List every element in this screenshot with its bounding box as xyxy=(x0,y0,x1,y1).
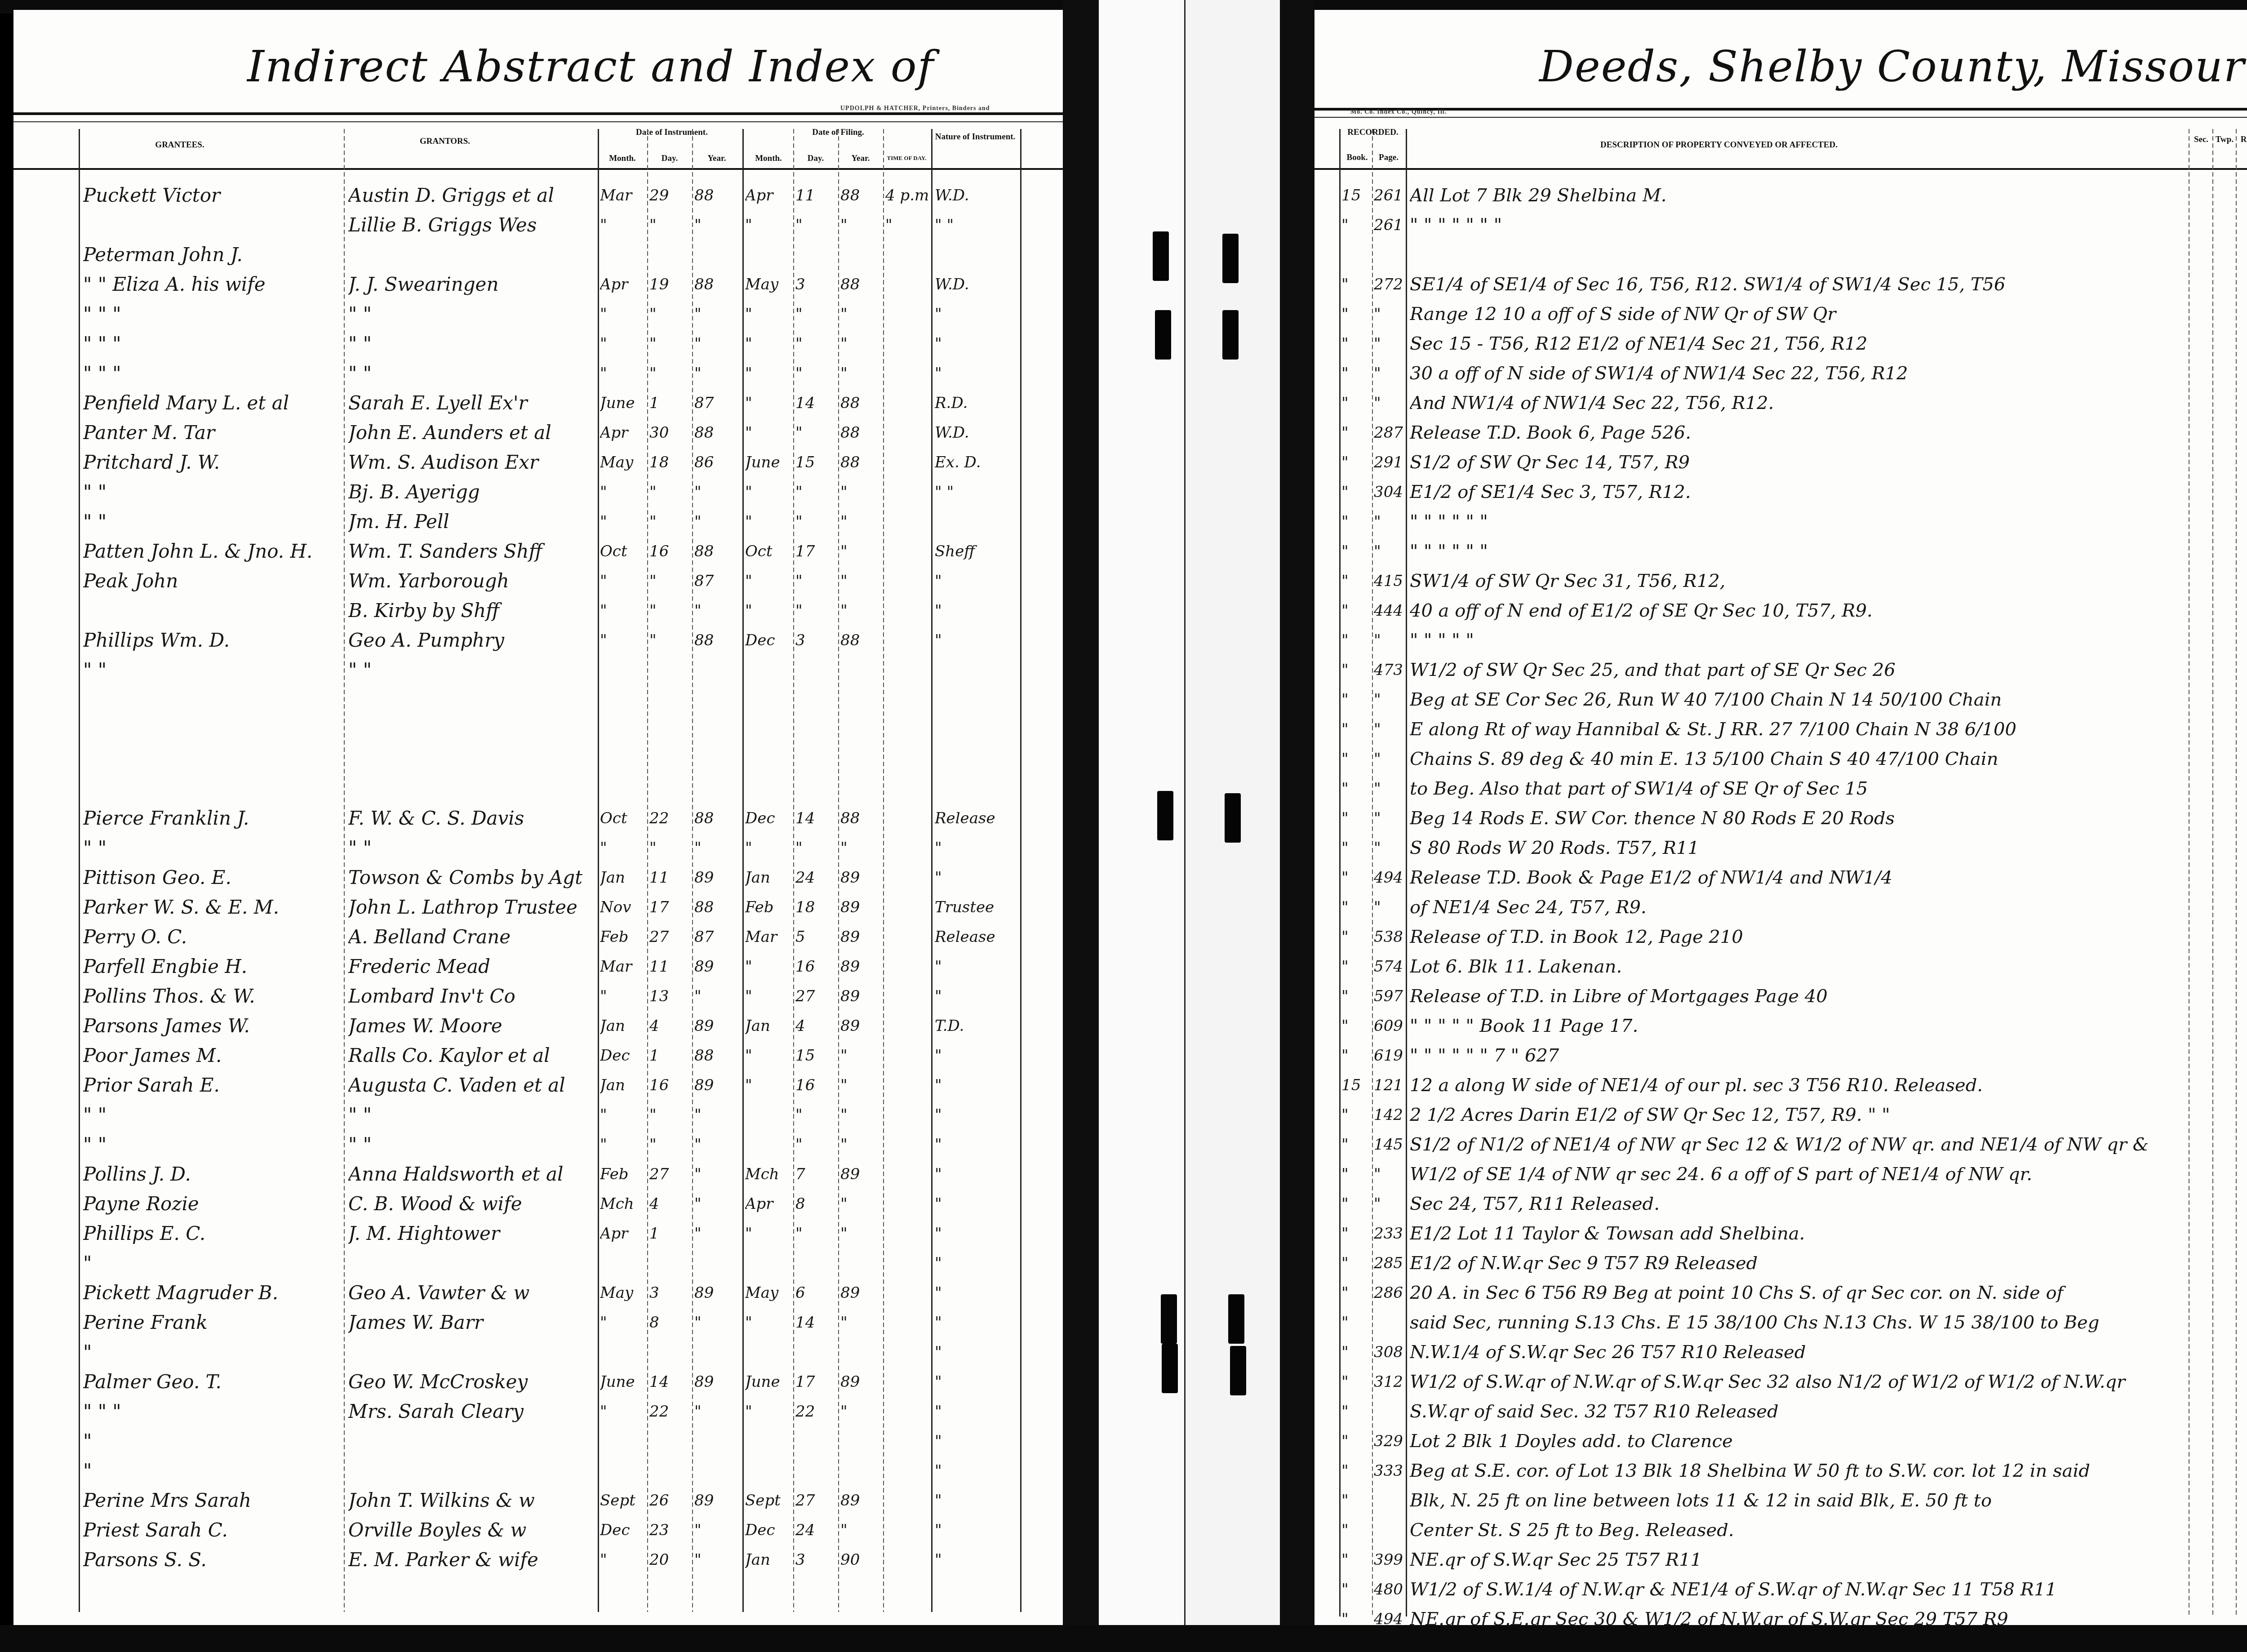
instrument-month-cell: May xyxy=(600,1278,647,1308)
grantees-header: GRANTEES. xyxy=(90,140,270,150)
instrument-day-cell: 18 xyxy=(649,448,691,477)
instrument-year-cell: " xyxy=(694,1219,739,1248)
nature-cell: W.D. xyxy=(935,418,1018,448)
table-row: ""30 a off of N side of SW1/4 of NW1/4 S… xyxy=(1314,359,2247,388)
filing-year-cell: " xyxy=(840,507,882,537)
filing-day-cell: 17 xyxy=(795,1367,837,1397)
table-row: "399NE.qr of S.W.qr Sec 25 T57 R11 xyxy=(1314,1545,2247,1575)
page-cell: 286 xyxy=(1374,1278,1405,1308)
book-cell: " xyxy=(1341,1575,1371,1604)
filing-day-cell: 5 xyxy=(795,922,837,952)
grantee-cell: Patten John L. & Jno. H. xyxy=(83,537,339,566)
instrument-day-cell: 30 xyxy=(649,418,691,448)
sec-header: Sec. xyxy=(2190,135,2212,145)
instrument-day-cell: 11 xyxy=(649,952,691,981)
filing-month-cell: Oct xyxy=(745,537,792,566)
instrument-month-cell: May xyxy=(600,448,647,477)
table-row: "538Release of T.D. in Book 12, Page 210 xyxy=(1314,922,2247,952)
filing-year-cell: " xyxy=(840,537,882,566)
filing-month-cell: Dec xyxy=(745,804,792,833)
filing-day-cell: 6 xyxy=(795,1278,837,1308)
grantee-cell: " " xyxy=(83,1100,339,1130)
binding-slot xyxy=(1161,1294,1177,1344)
filing-year-cell: " xyxy=(840,566,882,596)
page-cell: 494 xyxy=(1374,863,1405,893)
description-cell: E1/2 of SE1/4 Sec 3, T57, R12. xyxy=(1410,477,2187,507)
grantee-cell: Pollins Thos. & W. xyxy=(83,981,339,1011)
table-row: "" xyxy=(13,1248,1063,1278)
printer-imprint: UPDOLPH & HATCHER, Printers, Binders and xyxy=(840,105,990,112)
page-cell: 329 xyxy=(1374,1426,1405,1456)
table-row: Parker W. S. & E. M.John L. Lathrop Trus… xyxy=(13,893,1063,922)
filing-month-cell: " xyxy=(745,596,792,626)
grantee-cell: Pierce Franklin J. xyxy=(83,804,339,833)
book-cell: " xyxy=(1341,448,1371,477)
book-cell: " xyxy=(1341,1130,1371,1159)
grantor-cell: A. Belland Crane xyxy=(348,922,595,952)
instrument-year-cell: 89 xyxy=(694,1070,739,1100)
book-cell: " xyxy=(1341,744,1371,774)
table-row: Pollins J. D.Anna Haldsworth et alFeb27"… xyxy=(13,1159,1063,1189)
filing-day-cell: 24 xyxy=(795,1515,837,1545)
grantor-cell: Lombard Inv't Co xyxy=(348,981,595,1011)
nature-cell: " xyxy=(935,1367,1018,1397)
filing-month-cell: " xyxy=(745,566,792,596)
table-row: Payne RozieC. B. Wood & wifeMch4"Apr8"" xyxy=(13,1189,1063,1219)
instrument-day-cell: " xyxy=(649,210,691,240)
nature-cell: " xyxy=(935,1397,1018,1426)
filing-year-cell: " xyxy=(840,1130,882,1159)
instrument-month-cell: " xyxy=(600,299,647,329)
filing-year-cell: " xyxy=(840,1100,882,1130)
instrument-year-cell: 88 xyxy=(694,893,739,922)
grantor-cell: Austin D. Griggs et al xyxy=(348,181,595,210)
header-rule xyxy=(13,112,1063,115)
description-cell: " " " " " " xyxy=(1410,507,2187,537)
book-cell: " xyxy=(1341,1515,1371,1545)
description-cell: " " " " " " xyxy=(1410,537,2187,566)
grantor-cell: " " xyxy=(348,299,595,329)
table-row: Perine FrankJames W. Barr"8""14"" xyxy=(13,1308,1063,1337)
description-cell: E along Rt of way Hannibal & St. J RR. 2… xyxy=(1410,715,2187,744)
table-row: B. Kirby by Shff""""""" xyxy=(13,596,1063,626)
description-cell: of NE1/4 Sec 24, T57, R9. xyxy=(1410,893,2187,922)
instrument-month-cell: " xyxy=(600,1308,647,1337)
header-rule-thin xyxy=(13,121,1063,122)
grantor-cell: " " xyxy=(348,1130,595,1159)
table-row: " " "" """""""" xyxy=(13,329,1063,359)
nature-cell: Ex. D. xyxy=(935,448,1018,477)
table-row: " " "" """""""" xyxy=(13,299,1063,329)
filing-month-cell: " xyxy=(745,329,792,359)
filing-year-cell: 89 xyxy=(840,1011,882,1041)
filing-month-cell: Sept xyxy=(745,1486,792,1515)
description-cell: Release of T.D. in Libre of Mortgages Pa… xyxy=(1410,981,2187,1011)
nature-cell: " " xyxy=(935,477,1018,507)
instrument-day-cell: " xyxy=(649,1100,691,1130)
filing-day-cell: " xyxy=(795,418,837,448)
instrument-day-cell: " xyxy=(649,329,691,359)
filing-month-cell: Dec xyxy=(745,1515,792,1545)
book-cell: " xyxy=(1341,1545,1371,1575)
grantor-cell: " " xyxy=(348,1100,595,1130)
table-row: ""Sec 24, T57, R11 Released. xyxy=(1314,1189,2247,1219)
scan-edge-bottom xyxy=(0,1625,2247,1652)
table-row: "" xyxy=(13,1456,1063,1486)
grantee-cell: Panter M. Tar xyxy=(83,418,339,448)
description-cell: W1/2 of S.W.1/4 of N.W.qr & NE1/4 of S.W… xyxy=(1410,1575,2187,1604)
grantor-cell: Mrs. Sarah Cleary xyxy=(348,1397,595,1426)
instrument-year-cell: " xyxy=(694,981,739,1011)
instrument-month-cell: " xyxy=(600,1100,647,1130)
book-cell: " xyxy=(1341,922,1371,952)
instrument-day-cell: 11 xyxy=(649,863,691,893)
book-cell: " xyxy=(1341,655,1371,685)
page-cell: 538 xyxy=(1374,922,1405,952)
nature-cell: " xyxy=(935,1515,1018,1545)
filing-year-cell: 88 xyxy=(840,388,882,418)
nature-cell: W.D. xyxy=(935,270,1018,299)
nature-cell: " xyxy=(935,1219,1018,1248)
filing-year-cell: 89 xyxy=(840,1159,882,1189)
binding-slot xyxy=(1153,231,1169,281)
book-cell: " xyxy=(1341,1426,1371,1456)
filing-month-cell: " xyxy=(745,418,792,448)
book-cell: " xyxy=(1341,210,1371,240)
instrument-month-cell: Jan xyxy=(600,1070,647,1100)
book-cell: " xyxy=(1341,1486,1371,1515)
filing-year-cell: 89 xyxy=(840,981,882,1011)
table-row: Phillips Wm. D.Geo A. Pumphry""88Dec388" xyxy=(13,626,1063,655)
page-cell: " xyxy=(1374,685,1405,715)
page-cell: 261 xyxy=(1374,181,1405,210)
instrument-year-cell: 89 xyxy=(694,1278,739,1308)
grantee-cell: " xyxy=(83,1337,339,1367)
instrument-month-cell: Oct xyxy=(600,804,647,833)
grantee-cell: Perine Frank xyxy=(83,1308,339,1337)
filing-year-cell: 89 xyxy=(840,1278,882,1308)
filing-day-cell: 17 xyxy=(795,537,837,566)
filing-year-cell: 88 xyxy=(840,270,882,299)
table-row: 1512112 a along W side of NE1/4 of our p… xyxy=(1314,1070,2247,1100)
nature-cell: W.D. xyxy=(935,181,1018,210)
filing-year-cell: " xyxy=(840,596,882,626)
description-cell: Lot 2 Blk 1 Doyles add. to Clarence xyxy=(1410,1426,2187,1456)
book-cell: " xyxy=(1341,359,1371,388)
page-cell: 399 xyxy=(1374,1545,1405,1575)
description-cell: Range 12 10 a off of S side of NW Qr of … xyxy=(1410,299,2187,329)
table-row: "28620 A. in Sec 6 T56 R9 Beg at point 1… xyxy=(1314,1278,2247,1308)
table-row: """ " " " " xyxy=(1314,626,2247,655)
instrument-month-header: Month. xyxy=(598,154,647,164)
grantor-cell: Frederic Mead xyxy=(348,952,595,981)
filing-year-cell: 89 xyxy=(840,1486,882,1515)
instrument-month-cell: Mar xyxy=(600,181,647,210)
table-row: Prior Sarah E.Augusta C. Vaden et alJan1… xyxy=(13,1070,1063,1100)
instrument-year-cell: 89 xyxy=(694,863,739,893)
grantor-cell: James W. Barr xyxy=(348,1308,595,1337)
filing-year-cell: 89 xyxy=(840,893,882,922)
filing-year-cell: " xyxy=(840,1308,882,1337)
table-row: Peterman John J. xyxy=(13,240,1063,270)
instrument-day-cell: 1 xyxy=(649,1219,691,1248)
description-cell: Chains S. 89 deg & 40 min E. 13 5/100 Ch… xyxy=(1410,744,2187,774)
instrument-year-cell: " xyxy=(694,507,739,537)
instrument-year-cell: " xyxy=(694,329,739,359)
instrument-year-cell: 88 xyxy=(694,537,739,566)
nature-cell: " xyxy=(935,981,1018,1011)
book-cell: " xyxy=(1341,1397,1371,1426)
page-cell: 287 xyxy=(1374,418,1405,448)
description-cell: " " " " " " 7 " 627 xyxy=(1410,1041,2187,1070)
instrument-month-cell: Mch xyxy=(600,1189,647,1219)
book-cell: " xyxy=(1341,1278,1371,1308)
description-cell: Release T.D. Book 6, Page 526. xyxy=(1410,418,2187,448)
instrument-month-cell: " xyxy=(600,329,647,359)
table-row: "Center St. S 25 ft to Beg. Released. xyxy=(1314,1515,2247,1545)
nature-cell: " xyxy=(935,626,1018,655)
table-row: Poor James M.Ralls Co. Kaylor et alDec18… xyxy=(13,1041,1063,1070)
description-cell: " " " " " Book 11 Page 17. xyxy=(1410,1011,2187,1041)
nature-cell: " xyxy=(935,1545,1018,1575)
filing-day-cell: " xyxy=(795,1219,837,1248)
instrument-month-cell: Dec xyxy=(600,1515,647,1545)
table-row: " "Jm. H. Pell"""""" xyxy=(13,507,1063,537)
table-row: ""of NE1/4 Sec 24, T57, R9. xyxy=(1314,893,2247,922)
filing-year-cell: " xyxy=(840,1515,882,1545)
binding-slot xyxy=(1222,234,1239,283)
table-row: ""Beg at SE Cor Sec 26, Run W 40 7/100 C… xyxy=(1314,685,2247,715)
description-cell: NE.qr of S.W.qr Sec 25 T57 R11 xyxy=(1410,1545,2187,1575)
instrument-day-cell: 27 xyxy=(649,922,691,952)
table-row: Parsons James W.James W. MooreJan489Jan4… xyxy=(13,1011,1063,1041)
table-row: "333Beg at S.E. cor. of Lot 13 Blk 18 Sh… xyxy=(1314,1456,2247,1486)
book-cell: " xyxy=(1341,804,1371,833)
time-of-day-cell: " xyxy=(885,210,930,240)
instrument-day-cell: 17 xyxy=(649,893,691,922)
instrument-year-cell: " xyxy=(694,210,739,240)
nature-cell: Release xyxy=(935,804,1018,833)
grantor-cell: Geo A. Pumphry xyxy=(348,626,595,655)
grantor-cell: Geo W. McCroskey xyxy=(348,1367,595,1397)
grantor-cell: John E. Aunders et al xyxy=(348,418,595,448)
page-cell: " xyxy=(1374,893,1405,922)
page-cell: " xyxy=(1374,507,1405,537)
table-row: Puckett VictorAustin D. Griggs et alMar2… xyxy=(13,181,1063,210)
filing-year-cell: " xyxy=(840,833,882,863)
nature-cell: " xyxy=(935,1041,1018,1070)
description-cell: 40 a off of N end of E1/2 of SE Qr Sec 1… xyxy=(1410,596,2187,626)
table-row: """ " " " " " xyxy=(1314,507,2247,537)
grantor-cell: " " xyxy=(348,329,595,359)
table-row: "" xyxy=(13,1337,1063,1367)
time-of-day-header: TIME OF DAY. xyxy=(883,155,930,162)
page-cell: " xyxy=(1374,359,1405,388)
table-row: " "" """"""" xyxy=(13,1100,1063,1130)
grantee-cell: Pritchard J. W. xyxy=(83,448,339,477)
instrument-day-cell: 26 xyxy=(649,1486,691,1515)
page-cell: " xyxy=(1374,715,1405,744)
book-cell: " xyxy=(1341,774,1371,804)
grantor-cell: John T. Wilkins & w xyxy=(348,1486,595,1515)
grantor-cell: Sarah E. Lyell Ex'r xyxy=(348,388,595,418)
instrument-year-cell: " xyxy=(694,596,739,626)
description-header: DESCRIPTION OF PROPERTY CONVEYED OR AFFE… xyxy=(1449,140,1989,150)
nature-cell: " xyxy=(935,1130,1018,1159)
book-cell: " xyxy=(1341,833,1371,863)
filing-month-cell: " xyxy=(745,1070,792,1100)
table-row: Priest Sarah C.Orville Boyles & wDec23"D… xyxy=(13,1515,1063,1545)
nature-cell: " xyxy=(935,596,1018,626)
description-cell: said Sec, running S.13 Chs. E 15 38/100 … xyxy=(1410,1308,2187,1337)
grantee-cell: Phillips E. C. xyxy=(83,1219,339,1248)
instrument-year-cell: 89 xyxy=(694,1011,739,1041)
nature-cell: " xyxy=(935,1456,1018,1486)
filing-month-cell: " xyxy=(745,477,792,507)
filing-year-cell: 89 xyxy=(840,863,882,893)
page-cell: 145 xyxy=(1374,1130,1405,1159)
instrument-day-cell: 19 xyxy=(649,270,691,299)
page-cell: 597 xyxy=(1374,981,1405,1011)
nature-cell: " xyxy=(935,359,1018,388)
filing-day-cell: " xyxy=(795,596,837,626)
description-cell: S1/2 of N1/2 of NE1/4 of NW qr Sec 12 & … xyxy=(1410,1130,2187,1159)
grantor-cell: Wm. T. Sanders Shff xyxy=(348,537,595,566)
filing-day-cell: 3 xyxy=(795,270,837,299)
table-row: ""Sec 15 - T56, R12 E1/2 of NE1/4 Sec 21… xyxy=(1314,329,2247,359)
description-cell: " " " " " " " xyxy=(1410,210,2187,240)
filing-month-cell: " xyxy=(745,1041,792,1070)
instrument-day-cell: " xyxy=(649,507,691,537)
instrument-year-cell: 88 xyxy=(694,181,739,210)
page-cell: " xyxy=(1374,804,1405,833)
grantor-cell: Ralls Co. Kaylor et al xyxy=(348,1041,595,1070)
table-row: Phillips E. C.J. M. HightowerApr1""""" xyxy=(13,1219,1063,1248)
page-cell: 261 xyxy=(1374,210,1405,240)
description-cell: " " " " " xyxy=(1410,626,2187,655)
instrument-day-cell: 1 xyxy=(649,1041,691,1070)
filing-year-cell: " xyxy=(840,359,882,388)
instrument-year-cell: " xyxy=(694,299,739,329)
book-header: Book. xyxy=(1341,153,1373,163)
table-row: "said Sec, running S.13 Chs. E 15 38/100… xyxy=(1314,1308,2247,1337)
table-row: "609" " " " " Book 11 Page 17. xyxy=(1314,1011,2247,1041)
instrument-year-cell: " xyxy=(694,359,739,388)
book-cell: " xyxy=(1341,270,1371,299)
book-cell: " xyxy=(1341,863,1371,893)
filing-month-cell: Apr xyxy=(745,1189,792,1219)
filing-month-cell: " xyxy=(745,1397,792,1426)
grantor-cell: Bj. B. Ayerigg xyxy=(348,477,595,507)
description-cell: to Beg. Also that part of SW1/4 of SE Qr… xyxy=(1410,774,2187,804)
book-cell: " xyxy=(1341,1337,1371,1367)
filing-day-cell: " xyxy=(795,477,837,507)
twp-header: Twp. xyxy=(2213,135,2236,145)
instrument-year-cell: " xyxy=(694,1189,739,1219)
table-row: Perry O. C.A. Belland CraneFeb2787Mar589… xyxy=(13,922,1063,952)
table-row: ""to Beg. Also that part of SW1/4 of SE … xyxy=(1314,774,2247,804)
description-cell: W1/2 of SW Qr Sec 25, and that part of S… xyxy=(1410,655,2187,685)
filing-day-cell: " xyxy=(795,299,837,329)
page-cell: " xyxy=(1374,626,1405,655)
instrument-day-cell: 3 xyxy=(649,1278,691,1308)
instrument-month-cell: " xyxy=(600,477,647,507)
book-cell: " xyxy=(1341,1100,1371,1130)
nature-cell: " xyxy=(935,1486,1018,1515)
book-cell: " xyxy=(1341,1041,1371,1070)
book-cell: " xyxy=(1341,329,1371,359)
filing-month-cell: Mar xyxy=(745,922,792,952)
grantor-cell: Augusta C. Vaden et al xyxy=(348,1070,595,1100)
page-cell: 415 xyxy=(1374,566,1405,596)
page-cell: 142 xyxy=(1374,1100,1405,1130)
page-cell: 333 xyxy=(1374,1456,1405,1486)
table-row: Peak JohnWm. Yarborough""87"""" xyxy=(13,566,1063,596)
instrument-month-cell: " xyxy=(600,1545,647,1575)
nature-cell: " xyxy=(935,1308,1018,1337)
date-of-instrument-header: Date of Instrument. xyxy=(600,128,744,138)
page-cell: 121 xyxy=(1374,1070,1405,1100)
table-row: ""Beg 14 Rods E. SW Cor. thence N 80 Rod… xyxy=(1314,804,2247,833)
description-cell: Beg at S.E. cor. of Lot 13 Blk 18 Shelbi… xyxy=(1410,1456,2187,1486)
instrument-year-cell: 88 xyxy=(694,626,739,655)
instrument-day-cell: 4 xyxy=(649,1189,691,1219)
right-page-title: Deeds, Shelby County, Missouri. xyxy=(1539,41,2247,92)
instrument-year-cell: 87 xyxy=(694,388,739,418)
page-cell: 480 xyxy=(1374,1575,1405,1604)
time-of-day-cell: 4 p.m. xyxy=(885,181,930,210)
nature-cell: " xyxy=(935,952,1018,981)
filing-year-cell: " xyxy=(840,1219,882,1248)
grantee-cell: " " " xyxy=(83,299,339,329)
binding-slot xyxy=(1228,1294,1244,1344)
right-ledger-page: Deeds, Shelby County, Missouri. Mo. Co. … xyxy=(1314,10,2247,1628)
grantor-cell: Orville Boyles & w xyxy=(348,1515,595,1545)
header-rule xyxy=(1314,108,2247,111)
description-cell: 30 a off of N side of SW1/4 of NW1/4 Sec… xyxy=(1410,359,2187,388)
instrument-day-cell: " xyxy=(649,359,691,388)
instrument-month-cell: Mar xyxy=(600,952,647,981)
instrument-day-cell: " xyxy=(649,596,691,626)
book-cell: " xyxy=(1341,715,1371,744)
grantee-cell: Pittison Geo. E. xyxy=(83,863,339,893)
nature-cell: " xyxy=(935,1070,1018,1100)
grantee-cell: Phillips Wm. D. xyxy=(83,626,339,655)
table-row: "597Release of T.D. in Libre of Mortgage… xyxy=(1314,981,2247,1011)
grantee-cell: Penfield Mary L. et al xyxy=(83,388,339,418)
table-row: "619" " " " " " 7 " 627 xyxy=(1314,1041,2247,1070)
book-cell: " xyxy=(1341,596,1371,626)
nature-cell: " xyxy=(935,1337,1018,1367)
description-cell: SW1/4 of SW Qr Sec 31, T56, R12, xyxy=(1410,566,2187,596)
book-cell: " xyxy=(1341,418,1371,448)
instrument-month-cell: " xyxy=(600,1397,647,1426)
nature-cell: Trustee xyxy=(935,893,1018,922)
description-cell: Sec 15 - T56, R12 E1/2 of NE1/4 Sec 21, … xyxy=(1410,329,2187,359)
table-row: "308N.W.1/4 of S.W.qr Sec 26 T57 R10 Rel… xyxy=(1314,1337,2247,1367)
instrument-year-cell: " xyxy=(694,1100,739,1130)
grantor-cell: John L. Lathrop Trustee xyxy=(348,893,595,922)
nature-cell: " xyxy=(935,329,1018,359)
filing-day-cell: " xyxy=(795,210,837,240)
table-row: Parsons S. S.E. M. Parker & wife"20"Jan3… xyxy=(13,1545,1063,1575)
nature-cell: " xyxy=(935,1278,1018,1308)
grantee-cell: " " xyxy=(83,1130,339,1159)
table-row xyxy=(1314,240,2247,270)
instrument-year-cell: " xyxy=(694,1397,739,1426)
description-cell: 20 A. in Sec 6 T56 R9 Beg at point 10 Ch… xyxy=(1410,1278,2187,1308)
table-row: " "" """""""" xyxy=(13,833,1063,863)
